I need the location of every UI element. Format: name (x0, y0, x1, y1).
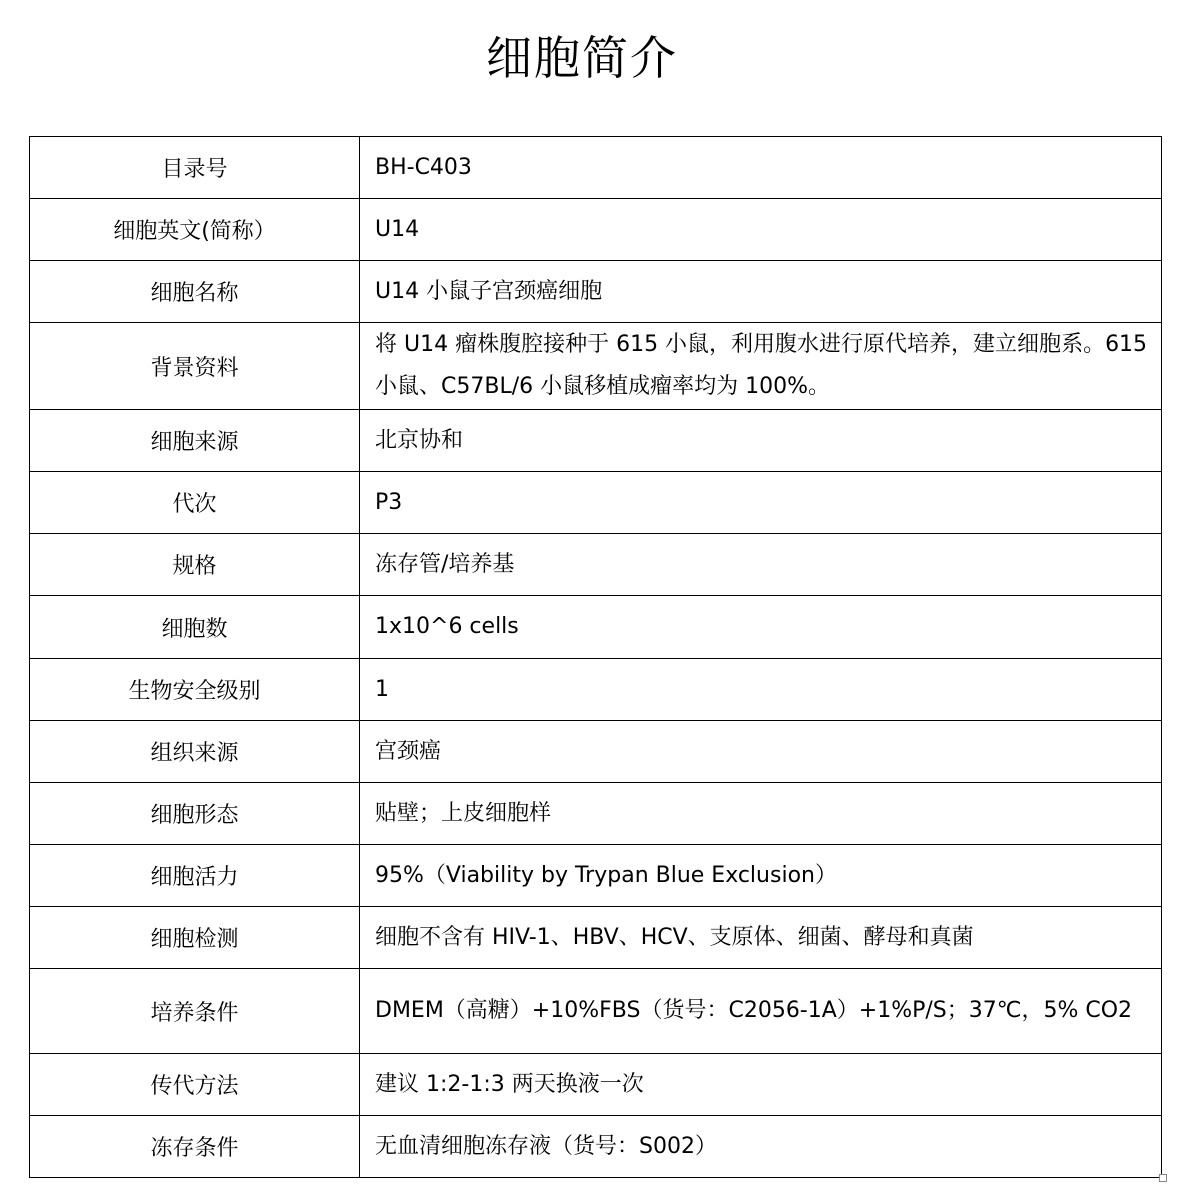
table-row: 目录号BH-C403 (30, 137, 1162, 199)
row-value: BH-C403 (360, 137, 1162, 199)
row-value: 95%（Viability by Trypan Blue Exclusion） (360, 845, 1162, 907)
page-title: 细胞简介 (0, 22, 1164, 88)
table-row: 规格冻存管/培养基 (30, 534, 1162, 596)
table-row: 背景资料将 U14 瘤株腹腔接种于 615 小鼠，利用腹水进行原代培养，建立细胞… (30, 323, 1162, 410)
table-row: 细胞活力95%（Viability by Trypan Blue Exclusi… (30, 845, 1162, 907)
row-label: 背景资料 (30, 323, 360, 410)
row-label: 规格 (30, 534, 360, 596)
row-label: 细胞英文(简称） (30, 199, 360, 261)
row-label: 细胞名称 (30, 261, 360, 323)
row-value: 北京协和 (360, 410, 1162, 472)
row-value: 宫颈癌 (360, 721, 1162, 783)
table-row: 细胞英文(简称）U14 (30, 199, 1162, 261)
row-value: 贴壁；上皮细胞样 (360, 783, 1162, 845)
table-row: 生物安全级别1 (30, 659, 1162, 721)
row-label: 目录号 (30, 137, 360, 199)
table-row: 细胞检测细胞不含有 HIV-1、HBV、HCV、支原体、细菌、酵母和真菌 (30, 907, 1162, 969)
row-value: DMEM（高糖）+10%FBS（货号：C2056-1A）+1%P/S；37℃，5… (360, 969, 1162, 1054)
row-label: 细胞来源 (30, 410, 360, 472)
table-row: 细胞来源北京协和 (30, 410, 1162, 472)
table-row: 细胞名称U14 小鼠子宫颈癌细胞 (30, 261, 1162, 323)
cell-info-table: 目录号BH-C403细胞英文(简称）U14细胞名称U14 小鼠子宫颈癌细胞背景资… (29, 136, 1162, 1178)
row-label: 冻存条件 (30, 1116, 360, 1178)
table-row: 细胞形态贴壁；上皮细胞样 (30, 783, 1162, 845)
row-value: 无血清细胞冻存液（货号：S002） (360, 1116, 1162, 1178)
row-label: 生物安全级别 (30, 659, 360, 721)
row-value: 建议 1:2-1:3 两天换液一次 (360, 1054, 1162, 1116)
row-value: 细胞不含有 HIV-1、HBV、HCV、支原体、细菌、酵母和真菌 (360, 907, 1162, 969)
row-value: P3 (360, 472, 1162, 534)
row-label: 培养条件 (30, 969, 360, 1054)
table-row: 培养条件DMEM（高糖）+10%FBS（货号：C2056-1A）+1%P/S；3… (30, 969, 1162, 1054)
row-label: 传代方法 (30, 1054, 360, 1116)
table-row: 组织来源宫颈癌 (30, 721, 1162, 783)
row-label: 细胞活力 (30, 845, 360, 907)
row-label: 代次 (30, 472, 360, 534)
row-value: 将 U14 瘤株腹腔接种于 615 小鼠，利用腹水进行原代培养，建立细胞系。61… (360, 323, 1162, 410)
row-label: 细胞数 (30, 596, 360, 659)
table-row: 传代方法建议 1:2-1:3 两天换液一次 (30, 1054, 1162, 1116)
table-resize-handle[interactable] (1159, 1174, 1167, 1182)
row-value: U14 小鼠子宫颈癌细胞 (360, 261, 1162, 323)
table-row: 代次P3 (30, 472, 1162, 534)
row-value: 冻存管/培养基 (360, 534, 1162, 596)
row-label: 细胞形态 (30, 783, 360, 845)
row-value: 1x10^6 cells (360, 596, 1162, 659)
table-row: 冻存条件无血清细胞冻存液（货号：S002） (30, 1116, 1162, 1178)
row-value: 1 (360, 659, 1162, 721)
row-label: 组织来源 (30, 721, 360, 783)
table-row: 细胞数1x10^6 cells (30, 596, 1162, 659)
row-value: U14 (360, 199, 1162, 261)
row-label: 细胞检测 (30, 907, 360, 969)
